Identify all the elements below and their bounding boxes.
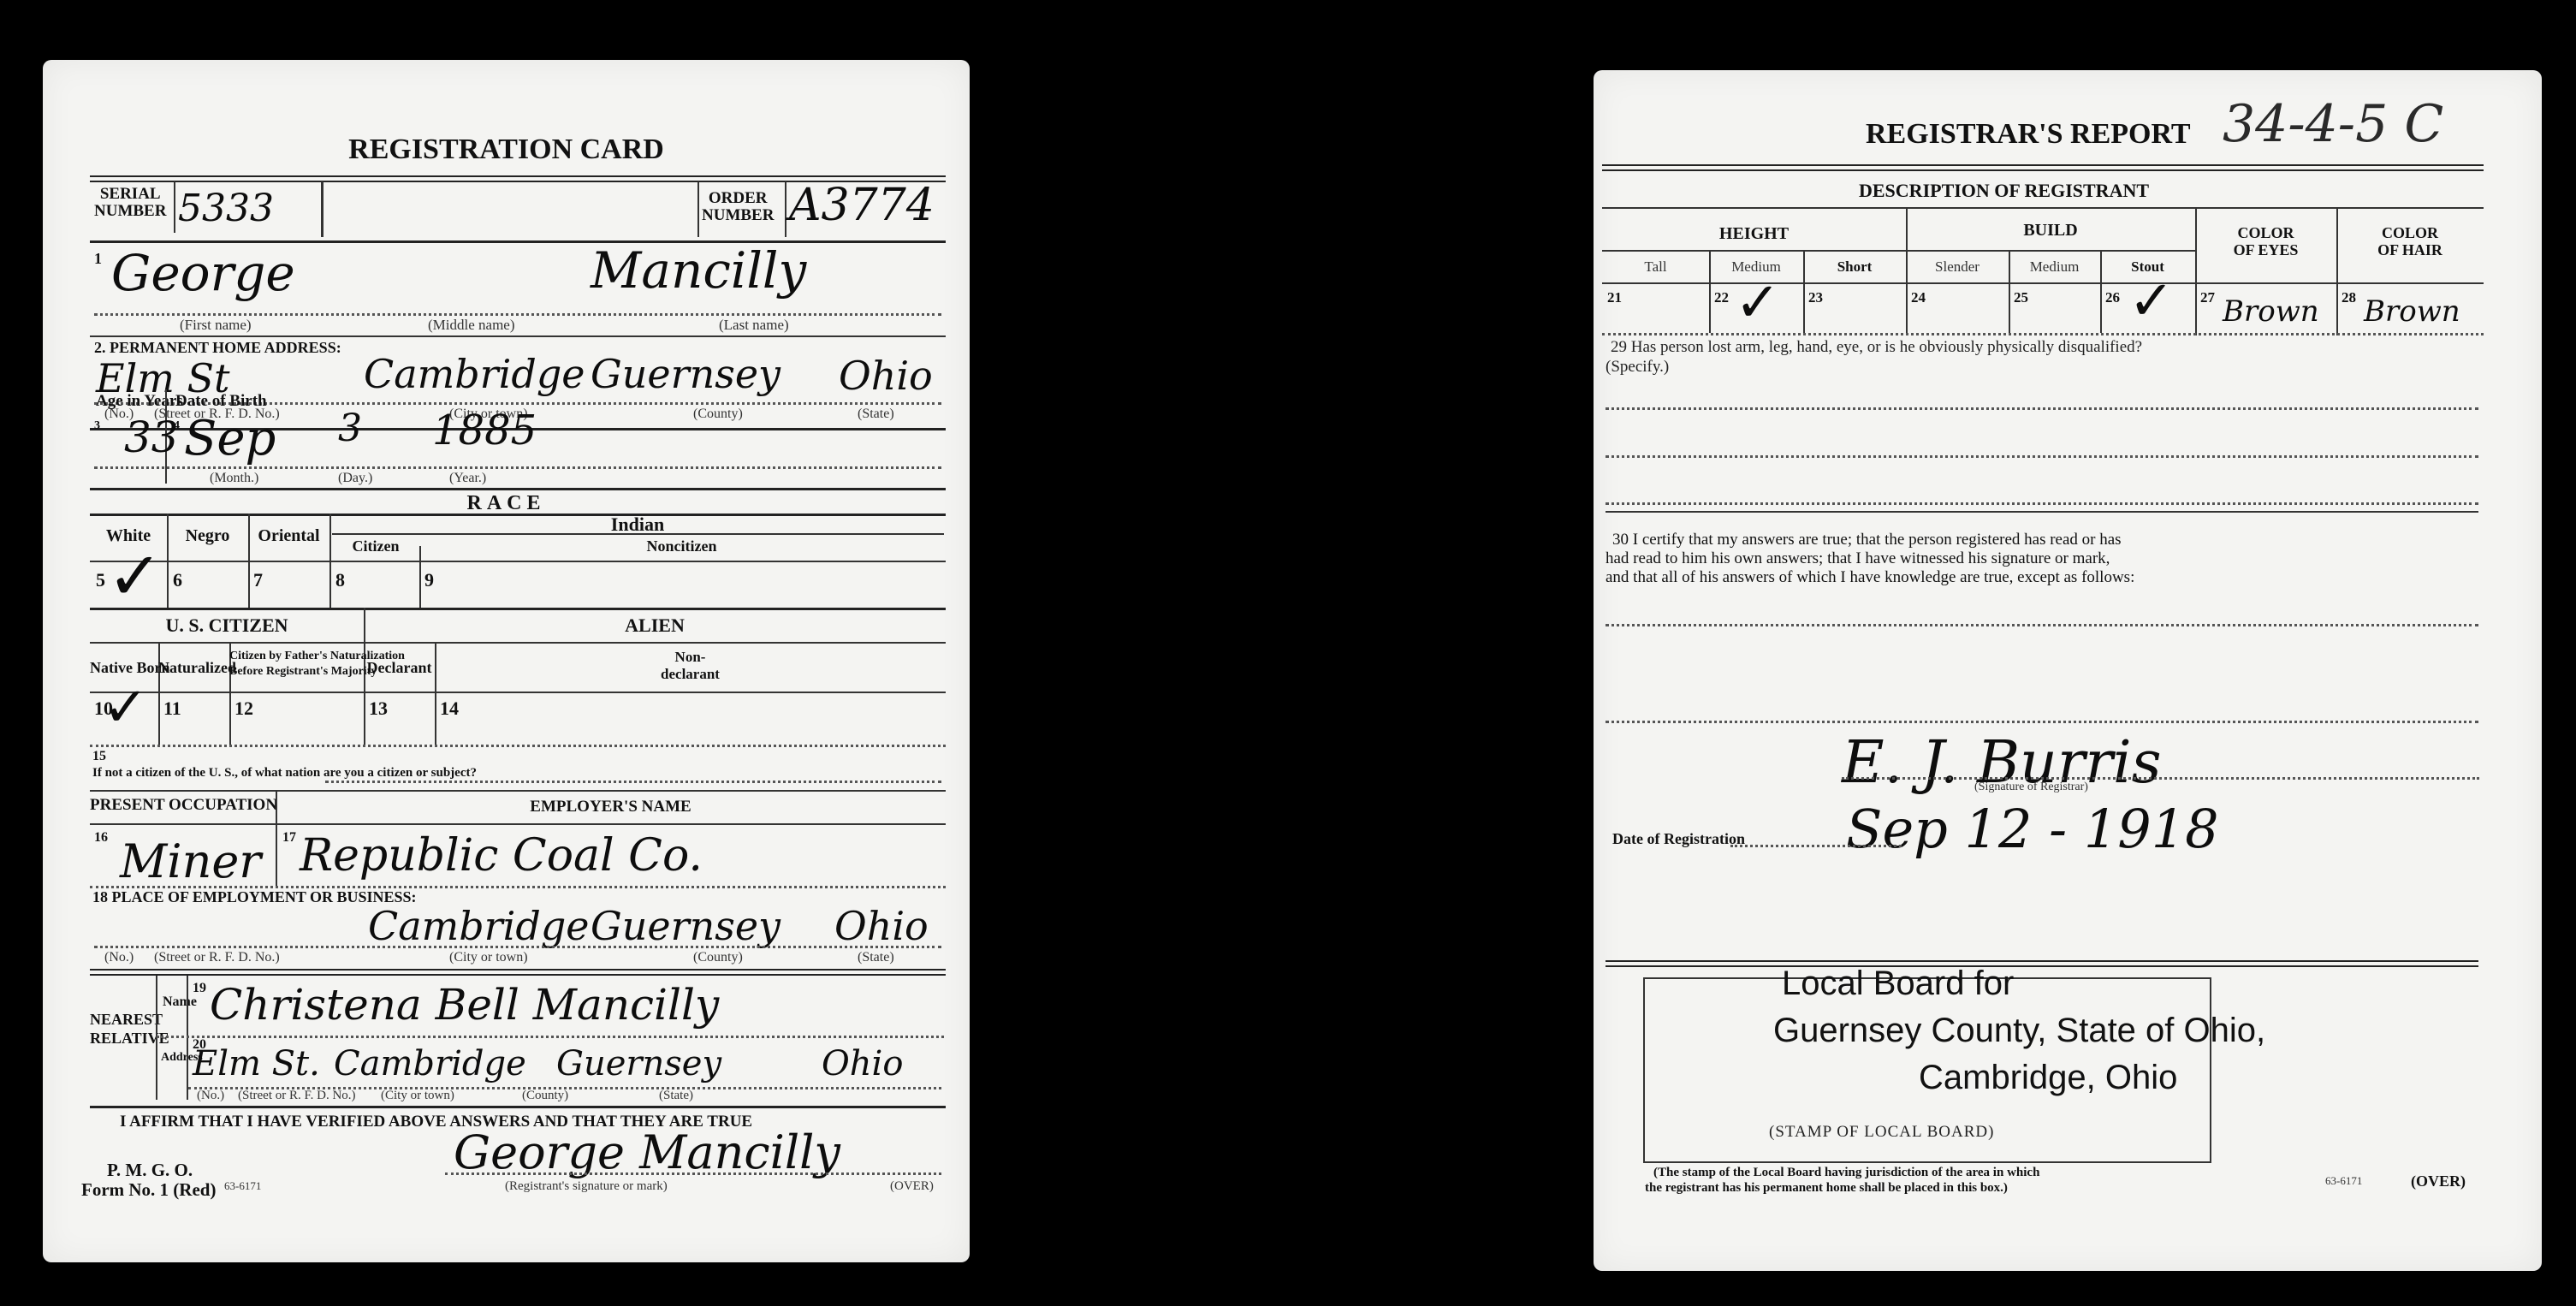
build-medium-label: Medium xyxy=(2009,258,2100,276)
dob-month: Sep xyxy=(184,411,276,466)
local-board-line1: Local Board for xyxy=(1782,965,2014,1003)
middle-name-caption: (Middle name) xyxy=(428,317,515,334)
build-slender-label: Slender xyxy=(1906,258,2009,276)
home-address-city: Cambridge xyxy=(364,351,585,397)
local-board-line2: Guernsey County, State of Ohio, xyxy=(1773,1012,2265,1050)
race-indian-noncitizen-label: Noncitizen xyxy=(419,537,944,555)
description-title: DESCRIPTION OF REGISTRANT xyxy=(1859,180,2149,202)
pmgo-label: P. M. G. O. xyxy=(107,1160,193,1181)
race-white-checkmark-icon[interactable]: ✓ xyxy=(107,543,163,610)
height-short-label: Short xyxy=(1803,258,1906,276)
order-number-label: ORDER NUMBER xyxy=(702,190,774,224)
home-address-label: 2. PERMANENT HOME ADDRESS: xyxy=(94,339,341,357)
first-name-value: George xyxy=(111,244,295,302)
height-medium-checkmark-icon[interactable]: ✓ xyxy=(1735,276,1781,330)
native-born-label: Native Born xyxy=(90,659,158,677)
registrars-report-card: REGISTRAR'S REPORT 34-4-5 C DESCRIPTION … xyxy=(1594,70,2542,1271)
citizen-by-father-label: Citizen by Father's Naturalization Befor… xyxy=(229,649,364,680)
serial-number-value: 5333 xyxy=(178,187,274,230)
date-of-registration-value: Sep 12 - 1918 xyxy=(1846,798,2219,860)
race-oriental-label: Oriental xyxy=(248,526,329,546)
age-label: Age in Years xyxy=(96,392,183,411)
stamp-code: 34-4-5 C xyxy=(2223,94,2443,154)
registrant-signature: George Mancilly xyxy=(454,1125,840,1179)
registration-card: REGISTRATION CARD SERIAL NUMBER 5333 ORD… xyxy=(43,60,970,1262)
dob-day: 3 xyxy=(338,407,362,450)
stamp-of-local-board-caption: (STAMP OF LOCAL BOARD) xyxy=(1769,1123,1994,1142)
employer-label: EMPLOYER'S NAME xyxy=(276,798,946,816)
eye-color-value: Brown xyxy=(2223,294,2319,329)
place-of-employment-county: Guernsey xyxy=(591,903,781,949)
last-name-caption: (Last name) xyxy=(719,317,789,334)
registrar-signature-caption: (Signature of Registrar) xyxy=(1974,781,2088,794)
serial-number-label: SERIAL NUMBER xyxy=(94,186,166,220)
age-value: 33 xyxy=(124,413,179,462)
over-label: (OVER) xyxy=(890,1179,934,1194)
non-declarant-label: Non- declarant xyxy=(435,649,946,683)
build-stout-checkmark-icon[interactable]: ✓ xyxy=(2128,274,2175,329)
date-of-registration-label: Date of Registration xyxy=(1612,830,1745,848)
home-address-county: Guernsey xyxy=(591,351,781,397)
registration-card-title: REGISTRATION CARD xyxy=(43,134,970,166)
registrars-report-title: REGISTRAR'S REPORT xyxy=(1866,118,2191,151)
occupation-value: Miner xyxy=(120,834,261,888)
first-name-caption: (First name) xyxy=(180,317,252,334)
relative-name-label: Name xyxy=(163,994,197,1010)
stamp-note-line2: the registrant has his permanent home sh… xyxy=(1645,1181,2008,1196)
stamp-note-line1: (The stamp of the Local Board having jur… xyxy=(1653,1166,2039,1180)
relative-address-county: Guernsey xyxy=(556,1044,721,1083)
employer-value: Republic Coal Co. xyxy=(300,830,703,882)
relative-address-street: Elm St. xyxy=(193,1044,320,1083)
form-code: 63-6171 xyxy=(224,1179,261,1193)
alien-title: ALIEN xyxy=(364,614,946,637)
race-title: RACE xyxy=(43,492,970,515)
race-negro-label: Negro xyxy=(167,526,248,546)
dob-label: Date of Birth xyxy=(175,392,267,411)
race-indian-citizen-label: Citizen xyxy=(332,537,419,555)
build-title: BUILD xyxy=(1906,221,2195,240)
field30-line1: 30 I certify that my answers are true; t… xyxy=(1612,531,2122,549)
field29-question: 29 Has person lost arm, leg, hand, eye, … xyxy=(1611,338,2142,357)
hair-color-value: Brown xyxy=(2364,294,2460,329)
last-name-value: Mancilly xyxy=(591,241,806,300)
relative-address-city: Cambridge xyxy=(334,1044,526,1083)
height-title: HEIGHT xyxy=(1602,224,1906,244)
hair-color-label: COLOR OF HAIR xyxy=(2336,224,2484,258)
race-indian-label: Indian xyxy=(329,513,946,536)
signature-caption: (Registrant's signature or mark) xyxy=(505,1179,668,1194)
naturalized-label: Naturalized xyxy=(158,659,229,677)
occupation-label: PRESENT OCCUPATION xyxy=(90,796,274,815)
place-of-employment-city: Cambridge xyxy=(368,903,590,949)
eye-color-label: COLOR OF EYES xyxy=(2195,224,2336,258)
dob-year: 1885 xyxy=(432,407,537,454)
field30-line2: had read to him his own answers; that I … xyxy=(1606,549,2110,568)
over-label-right: (OVER) xyxy=(2411,1172,2466,1190)
nearest-relative-label: NEAREST RELATIVE xyxy=(90,1010,154,1048)
height-tall-label: Tall xyxy=(1602,258,1709,276)
us-citizen-title: U. S. CITIZEN xyxy=(90,614,364,637)
field30-line3: and that all of his answers of which I h… xyxy=(1606,568,2134,587)
place-of-employment-state: Ohio xyxy=(834,903,929,949)
home-address-state: Ohio xyxy=(839,353,933,399)
order-number-value: A3774 xyxy=(789,180,935,231)
form-number-label: Form No. 1 (Red) xyxy=(81,1179,216,1201)
field15-question: If not a citizen of the U. S., of what n… xyxy=(92,766,477,781)
form-code-right: 63-6171 xyxy=(2325,1174,2362,1188)
relative-name-value: Christena Bell Mancilly xyxy=(210,980,719,1030)
local-board-line3: Cambridge, Ohio xyxy=(1919,1059,2177,1097)
declarant-label: Declarant xyxy=(364,659,435,677)
native-born-checkmark-icon[interactable]: ✓ xyxy=(103,680,149,735)
relative-address-state: Ohio xyxy=(822,1044,903,1083)
